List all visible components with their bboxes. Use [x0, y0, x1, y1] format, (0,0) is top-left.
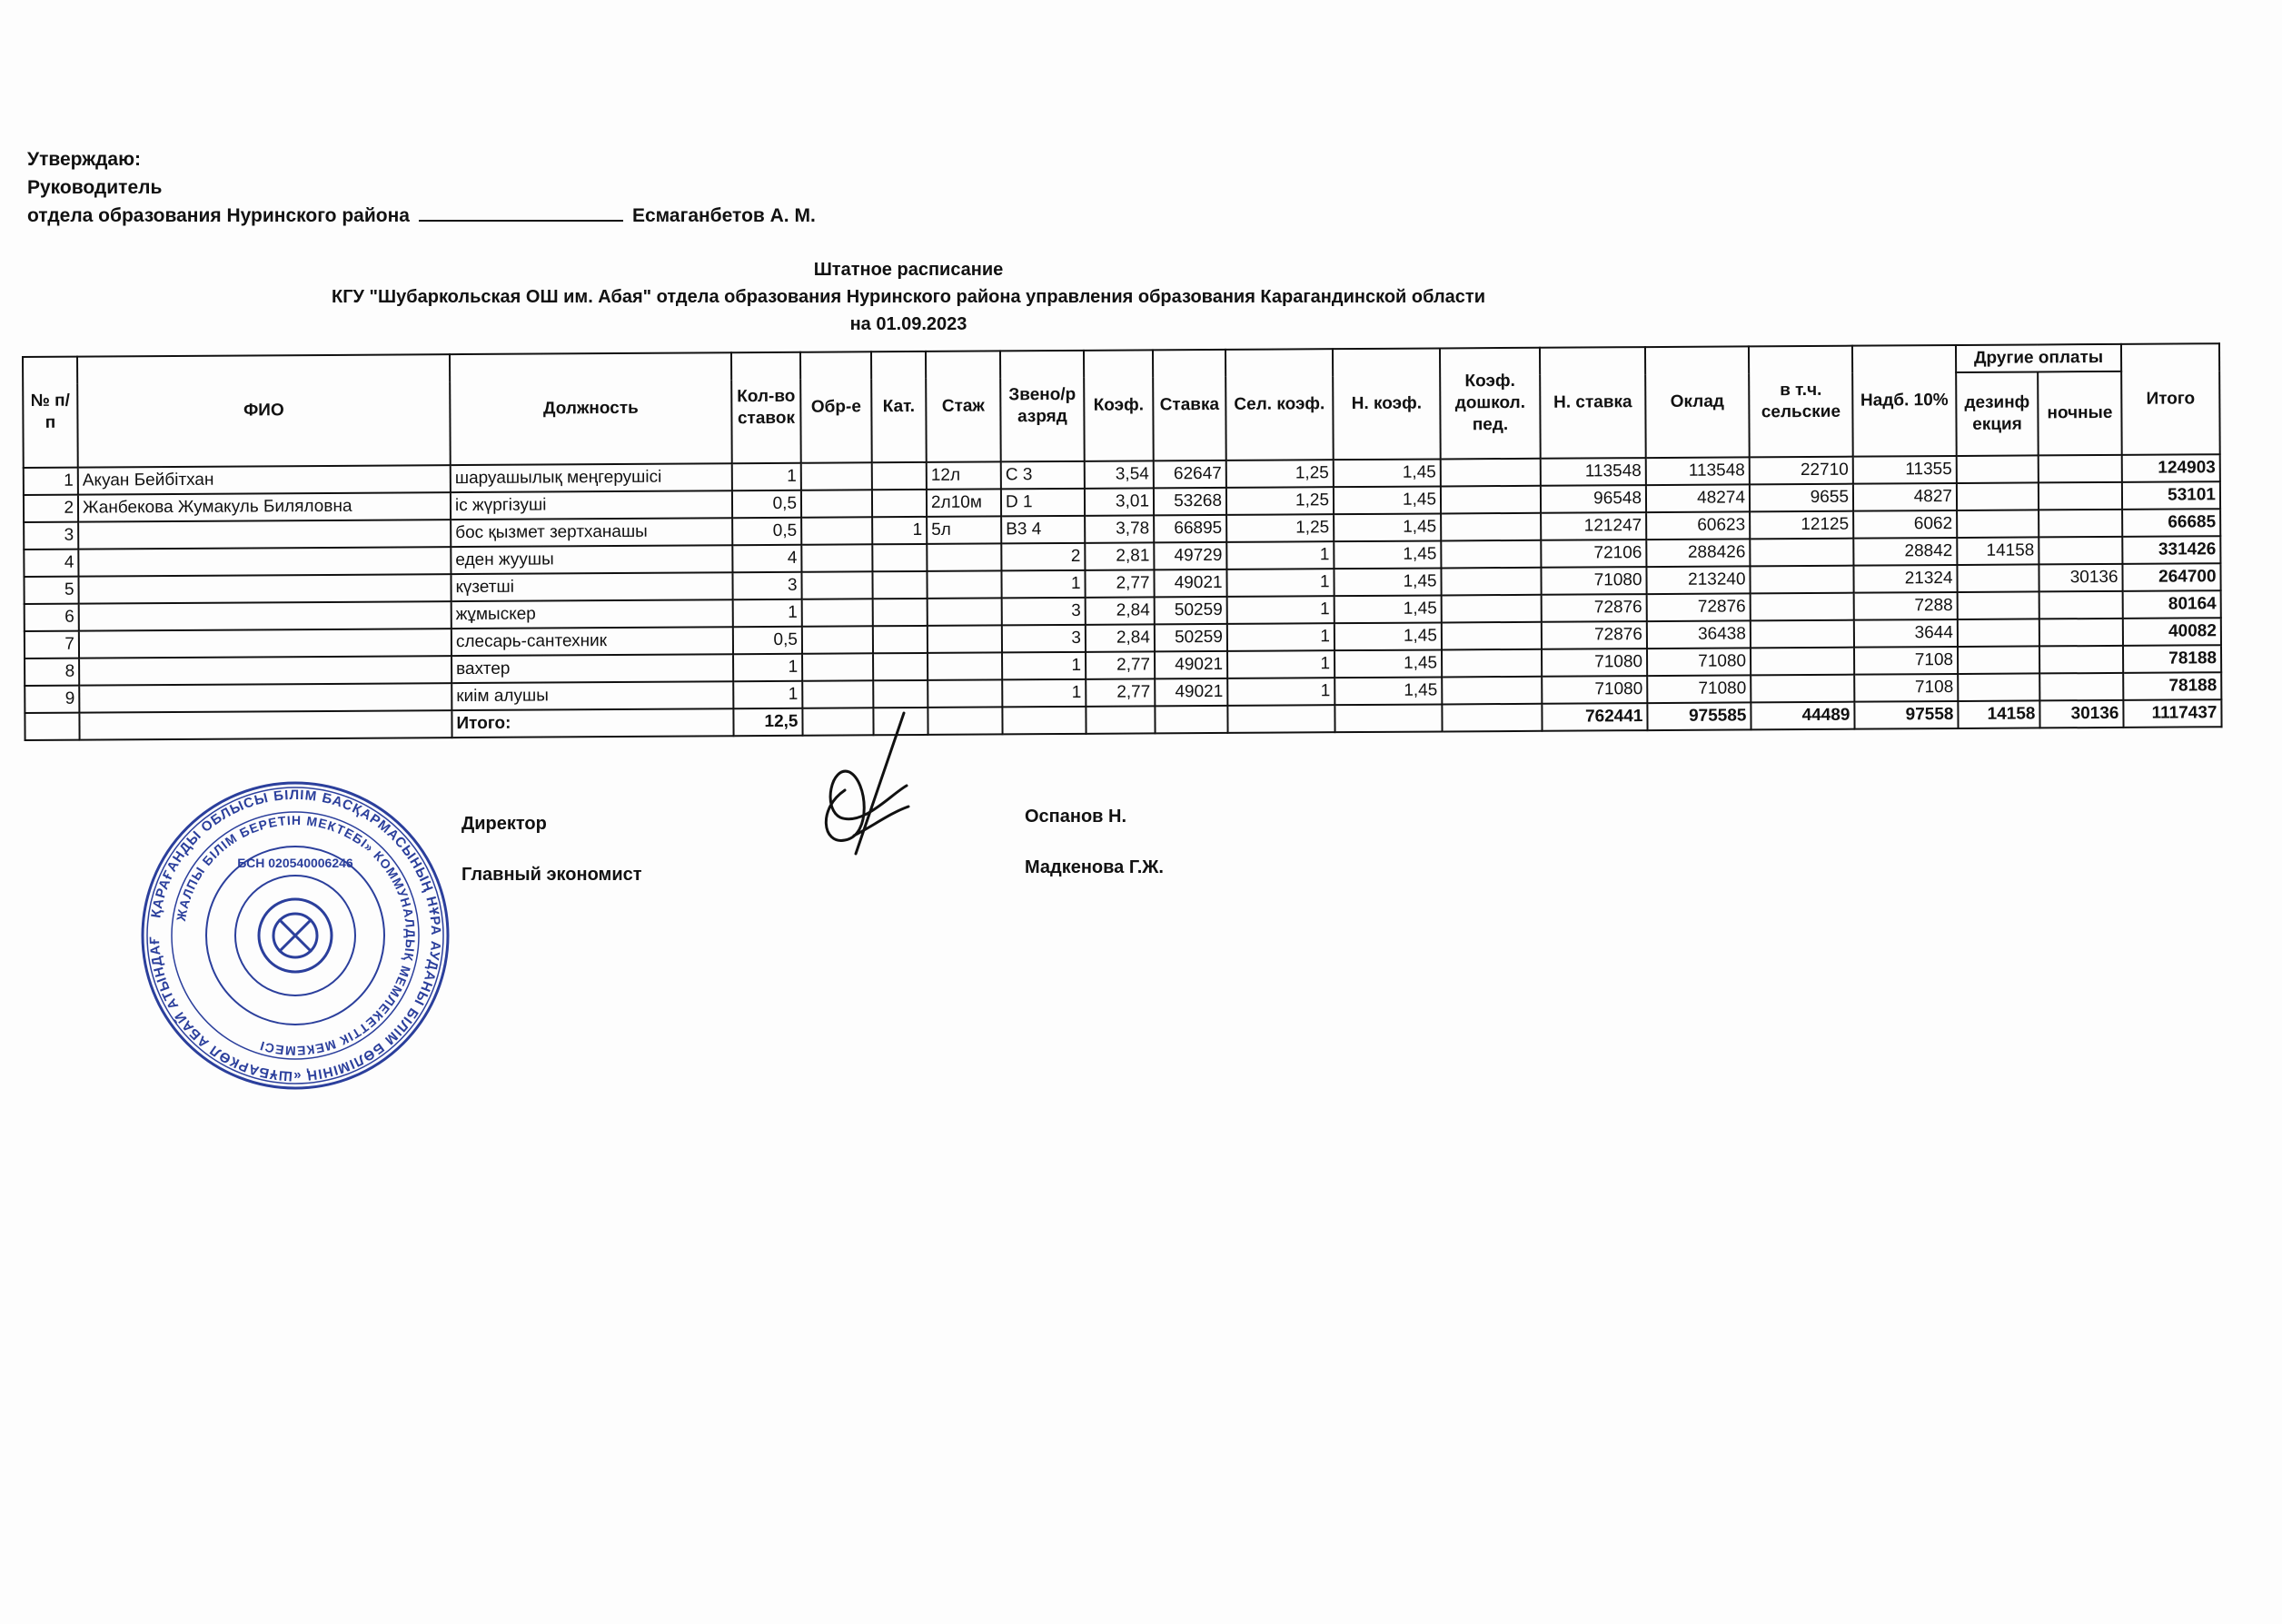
header-itogo: Итого [2121, 343, 2220, 455]
cell-obr [802, 599, 873, 626]
cell-obr [801, 571, 872, 599]
total-selskie: 44489 [1751, 702, 1854, 730]
cell-qty: 1 [733, 681, 802, 708]
cell-dezinf [1957, 455, 2039, 483]
total-label: Итого: [451, 708, 733, 738]
cell-koef-doshkol [1441, 540, 1541, 569]
cell-zveno: 1 [1001, 570, 1085, 599]
cell-stavka: 49021 [1155, 678, 1227, 706]
cell-position: слесарь-сантехник [451, 627, 733, 656]
header-zveno: Звено/р азряд [1000, 351, 1085, 462]
cell-nochnye: 30136 [2039, 564, 2122, 592]
cell-oklad: 288426 [1646, 539, 1750, 567]
header-koef-doshkol: Коэф. дошкол. пед. [1440, 348, 1541, 460]
total-qty: 12,5 [733, 708, 802, 736]
total-fio [79, 710, 451, 740]
cell-selskie: 12125 [1750, 511, 1853, 540]
cell-no: 4 [24, 550, 78, 577]
cell-zveno: 3 [1002, 598, 1086, 626]
cell-n-stavka: 113548 [1541, 458, 1646, 486]
cell-zveno: С 3 [1001, 461, 1085, 490]
cell-obr [801, 490, 872, 517]
cell-stavka: 62647 [1154, 460, 1226, 488]
cell-oklad: 48274 [1646, 484, 1750, 512]
cell-itogo: 78188 [2123, 672, 2221, 700]
cell-itogo: 40082 [2123, 618, 2221, 646]
cell-koef-doshkol [1441, 568, 1541, 596]
approval-signature-line: отдела образования Нуринского района Есм… [27, 202, 816, 230]
cell-itogo: 124903 [2122, 454, 2220, 482]
cell-sel-koef: 1 [1226, 569, 1334, 597]
cell-nochnye [2039, 646, 2123, 674]
cell-qty: 0,5 [733, 627, 802, 654]
cell-kat [872, 462, 927, 490]
cell-stazh [928, 679, 1002, 708]
header-position: Должность [450, 352, 732, 465]
cell-nadb: 7108 [1854, 647, 1958, 675]
cell-zveno: 3 [1002, 625, 1086, 653]
cell-fio [78, 520, 451, 550]
cell-nadb: 4827 [1853, 483, 1957, 511]
header-oklad: Оклад [1645, 346, 1750, 458]
cell-nochnye [2039, 455, 2122, 483]
cell-n-koef: 1,45 [1334, 677, 1442, 705]
cell-itogo: 66685 [2122, 509, 2220, 537]
cell-position: еден жуушы [451, 545, 732, 574]
cell-koef: 3,78 [1085, 515, 1154, 542]
header-koef: Коэф. [1084, 350, 1154, 460]
total-sel-koef [1227, 705, 1334, 733]
cell-qty: 1 [732, 463, 801, 490]
cell-n-stavka: 71080 [1541, 567, 1646, 595]
cell-n-stavka: 72876 [1542, 594, 1647, 622]
approval-label: Утверждаю: [27, 145, 816, 173]
cell-nadb: 7288 [1854, 592, 1958, 620]
cell-dezinf [1958, 673, 2039, 701]
cell-dezinf [1957, 482, 2039, 510]
cell-nochnye [2039, 619, 2123, 647]
approval-role: Руководитель [27, 173, 816, 202]
cell-qty: 1 [733, 654, 802, 681]
cell-no: 5 [24, 577, 78, 604]
cell-nochnye [2039, 673, 2123, 701]
cell-stazh [928, 652, 1002, 680]
stamp-bin: БСН 020540006246 [237, 856, 353, 870]
signer-name-director: Оспанов Н. [1025, 807, 1126, 827]
cell-fio [79, 601, 451, 631]
total-dezinf: 14158 [1958, 700, 2039, 728]
cell-position: күзетші [451, 572, 732, 601]
cell-sel-koef: 1,25 [1226, 514, 1334, 542]
total-oklad: 975585 [1647, 702, 1751, 730]
cell-selskie [1751, 675, 1854, 703]
header-nochnye: ночные [2038, 371, 2122, 456]
cell-n-koef: 1,45 [1334, 595, 1442, 623]
cell-koef-doshkol [1442, 649, 1542, 678]
cell-n-koef: 1,45 [1334, 513, 1441, 541]
cell-oklad: 213240 [1646, 566, 1750, 594]
cell-fio [78, 547, 451, 577]
cell-position: іс жүргізуші [451, 490, 732, 520]
cell-n-koef: 1,45 [1334, 486, 1441, 514]
cell-koef: 2,77 [1086, 651, 1155, 678]
cell-position: бос қызмет зертханашы [451, 518, 732, 547]
cell-koef: 2,77 [1085, 569, 1154, 597]
cell-selskie [1751, 620, 1854, 649]
cell-sel-koef: 1 [1227, 678, 1334, 706]
cell-stavka: 53268 [1154, 488, 1226, 515]
cell-koef: 3,54 [1085, 460, 1154, 488]
cell-n-koef: 1,45 [1334, 622, 1442, 650]
cell-position: жұмыскер [451, 599, 733, 629]
cell-n-koef: 1,45 [1334, 649, 1442, 678]
cell-obr [802, 680, 873, 708]
cell-qty: 0,5 [732, 490, 801, 518]
document-title: Штатное расписание КГУ "Шубаркольская ОШ… [0, 256, 1817, 338]
cell-selskie: 9655 [1750, 484, 1853, 512]
cell-fio [79, 629, 451, 659]
cell-sel-koef: 1,25 [1226, 487, 1334, 515]
total-n-koef [1334, 704, 1442, 732]
header-stavka: Ставка [1153, 350, 1226, 460]
total-stazh [928, 707, 1002, 735]
cell-obr [802, 653, 873, 680]
cell-nadb: 21324 [1853, 565, 1957, 593]
cell-oklad: 71080 [1647, 648, 1751, 676]
cell-selskie [1750, 566, 1853, 594]
signer-role-director: Директор [461, 814, 547, 835]
cell-stazh [927, 570, 1001, 599]
cell-position: шаруашылық меңгерушісі [451, 463, 732, 492]
cell-koef-doshkol [1442, 677, 1542, 705]
cell-obr [802, 626, 873, 653]
cell-obr [801, 544, 872, 571]
staff-schedule-table: № п/п ФИО Должность Кол-во ставок Обр-е … [22, 342, 2223, 741]
header-obr: Обр-е [800, 352, 872, 462]
cell-zveno: 1 [1002, 679, 1086, 708]
cell-stazh [927, 543, 1001, 571]
cell-no: 6 [25, 604, 79, 631]
cell-kat [873, 626, 928, 653]
header-nadb: Надб. 10% [1852, 345, 1957, 457]
header-n-stavka: Н. ставка [1540, 347, 1646, 459]
cell-zveno: 1 [1002, 652, 1086, 680]
total-stavka [1155, 706, 1227, 733]
cell-oklad: 71080 [1647, 675, 1751, 703]
cell-no: 8 [25, 659, 79, 686]
title-line-3: на 01.09.2023 [0, 311, 1817, 338]
cell-nadb: 6062 [1853, 510, 1957, 539]
cell-no: 7 [25, 631, 79, 659]
cell-n-koef: 1,45 [1334, 540, 1441, 569]
cell-kat [873, 680, 928, 708]
cell-no: 3 [24, 522, 78, 550]
cell-nochnye [2039, 510, 2122, 538]
cell-zveno: 2 [1001, 543, 1085, 571]
cell-koef-doshkol [1441, 459, 1541, 487]
cell-sel-koef: 1,25 [1226, 460, 1334, 488]
signer-role-economist: Главный экономист [461, 865, 642, 886]
cell-koef-doshkol [1442, 595, 1542, 623]
cell-koef: 2,77 [1086, 678, 1155, 706]
total-zveno [1002, 707, 1086, 735]
cell-kat: 1 [872, 517, 927, 544]
cell-koef-doshkol [1441, 486, 1541, 514]
cell-koef-doshkol [1442, 622, 1542, 650]
cell-itogo: 78188 [2123, 645, 2221, 673]
cell-obr [801, 462, 872, 490]
cell-dezinf [1957, 564, 2039, 592]
cell-koef: 2,81 [1085, 542, 1154, 569]
cell-sel-koef: 1 [1227, 596, 1334, 624]
official-stamp: ҚАРАҒАНДЫ ОБЛЫСЫ БІЛІМ БАСҚАРМАСЫНЫҢ НҰР… [136, 777, 454, 1094]
cell-koef-doshkol [1441, 513, 1541, 541]
cell-itogo: 264700 [2122, 563, 2220, 591]
total-koef-doshkol [1442, 704, 1542, 732]
cell-qty: 3 [732, 572, 801, 599]
cell-obr [801, 517, 872, 544]
cell-no: 9 [25, 686, 79, 713]
cell-fio: Акуан Бейбітхан [78, 465, 451, 495]
signer-name-economist: Мадкенова Г.Ж. [1025, 857, 1164, 878]
total-no [25, 713, 79, 740]
cell-n-stavka: 71080 [1542, 649, 1647, 677]
header-stazh: Стаж [926, 351, 1001, 461]
signature-blank [419, 203, 623, 222]
cell-selskie [1751, 593, 1854, 621]
cell-n-stavka: 96548 [1541, 485, 1646, 513]
cell-qty: 1 [733, 599, 802, 627]
cell-qty: 0,5 [732, 518, 801, 545]
cell-n-stavka: 121247 [1541, 512, 1646, 540]
header-no: № п/п [23, 357, 78, 468]
approval-block: Утверждаю: Руководитель отдела образован… [27, 145, 816, 230]
cell-oklad: 72876 [1647, 593, 1751, 621]
cell-zveno: D 1 [1001, 489, 1085, 517]
cell-sel-koef: 1 [1227, 650, 1334, 678]
header-dezinf: дезинф екция [1956, 371, 2039, 456]
cell-dezinf: 14158 [1957, 537, 2039, 565]
cell-koef: 3,01 [1085, 488, 1154, 515]
cell-position: вахтер [451, 654, 733, 683]
cell-stazh: 5л [927, 516, 1001, 544]
cell-no: 1 [24, 468, 78, 495]
cell-nochnye [2039, 591, 2123, 619]
cell-fio [79, 683, 451, 713]
cell-dezinf [1958, 619, 2039, 647]
total-koef [1086, 706, 1155, 733]
cell-oklad: 113548 [1646, 457, 1750, 485]
cell-sel-koef: 1 [1226, 541, 1334, 569]
cell-stazh: 2л10м [927, 489, 1001, 517]
cell-selskie [1751, 648, 1854, 676]
header-kat: Кат. [871, 352, 927, 462]
cell-kat [872, 490, 927, 517]
cell-sel-koef: 1 [1227, 623, 1334, 651]
header-selskie: в т.ч. сельские [1749, 346, 1853, 458]
cell-nadb: 7108 [1854, 674, 1958, 702]
cell-kat [872, 571, 927, 599]
approver-name: Есмаганбетов А. М. [632, 202, 816, 230]
cell-nadb: 11355 [1853, 456, 1957, 484]
cell-selskie [1750, 539, 1853, 567]
header-qty: Кол-во ставок [731, 352, 801, 463]
cell-stavka: 49729 [1154, 542, 1226, 569]
title-line-1: Штатное расписание [0, 256, 1817, 283]
title-line-2: КГУ "Шубаркольская ОШ им. Абая" отдела о… [0, 283, 1817, 311]
cell-selskie: 22710 [1750, 457, 1853, 485]
cell-n-koef: 1,45 [1334, 459, 1441, 487]
header-other-payments: Другие оплаты [1956, 344, 2121, 372]
cell-kat [873, 653, 928, 680]
total-nadb: 97558 [1854, 701, 1958, 729]
cell-n-stavka: 72876 [1542, 621, 1647, 649]
cell-stazh [928, 598, 1002, 626]
header-fio: ФИО [77, 354, 451, 468]
total-itogo: 1117437 [2123, 699, 2221, 728]
cell-qty: 4 [732, 545, 801, 572]
cell-koef: 2,84 [1086, 624, 1155, 651]
cell-nadb: 28842 [1853, 538, 1957, 566]
cell-kat [872, 544, 927, 571]
cell-n-koef: 1,45 [1334, 568, 1441, 596]
cell-n-stavka: 71080 [1542, 676, 1647, 704]
cell-itogo: 53101 [2122, 481, 2220, 510]
director-signature [799, 708, 936, 863]
header-sel-koef: Сел. коэф. [1225, 349, 1334, 460]
cell-zveno: В3 4 [1001, 516, 1085, 544]
cell-dezinf [1958, 591, 2039, 619]
cell-oklad: 36438 [1647, 620, 1751, 649]
cell-dezinf [1957, 510, 2039, 538]
cell-stavka: 49021 [1155, 651, 1227, 678]
cell-stazh [928, 625, 1002, 653]
cell-stavka: 50259 [1155, 624, 1227, 651]
cell-n-stavka: 72106 [1541, 540, 1646, 568]
cell-nochnye [2039, 482, 2122, 510]
cell-stavka: 50259 [1155, 597, 1227, 624]
approval-department: отдела образования Нуринского района [27, 202, 410, 230]
cell-koef: 2,84 [1086, 597, 1155, 624]
cell-no: 2 [24, 495, 78, 522]
cell-nadb: 3644 [1854, 619, 1958, 648]
cell-fio [79, 656, 451, 686]
cell-position: киім алушы [451, 681, 733, 710]
total-nochnye: 30136 [2039, 700, 2123, 728]
cell-itogo: 331426 [2122, 536, 2220, 564]
cell-fio: Жанбекова Жумакуль Биляловна [78, 492, 451, 522]
cell-stavka: 66895 [1154, 515, 1226, 542]
cell-kat [873, 599, 928, 626]
header-n-koef: Н. коэф. [1333, 348, 1441, 460]
cell-dezinf [1958, 646, 2039, 674]
cell-nochnye [2039, 537, 2122, 565]
cell-oklad: 60623 [1646, 511, 1750, 540]
total-n-stavka: 762441 [1542, 703, 1647, 731]
cell-stazh: 12л [927, 461, 1001, 490]
cell-itogo: 80164 [2123, 590, 2221, 619]
cell-stavka: 49021 [1154, 569, 1226, 597]
cell-fio [78, 574, 451, 604]
